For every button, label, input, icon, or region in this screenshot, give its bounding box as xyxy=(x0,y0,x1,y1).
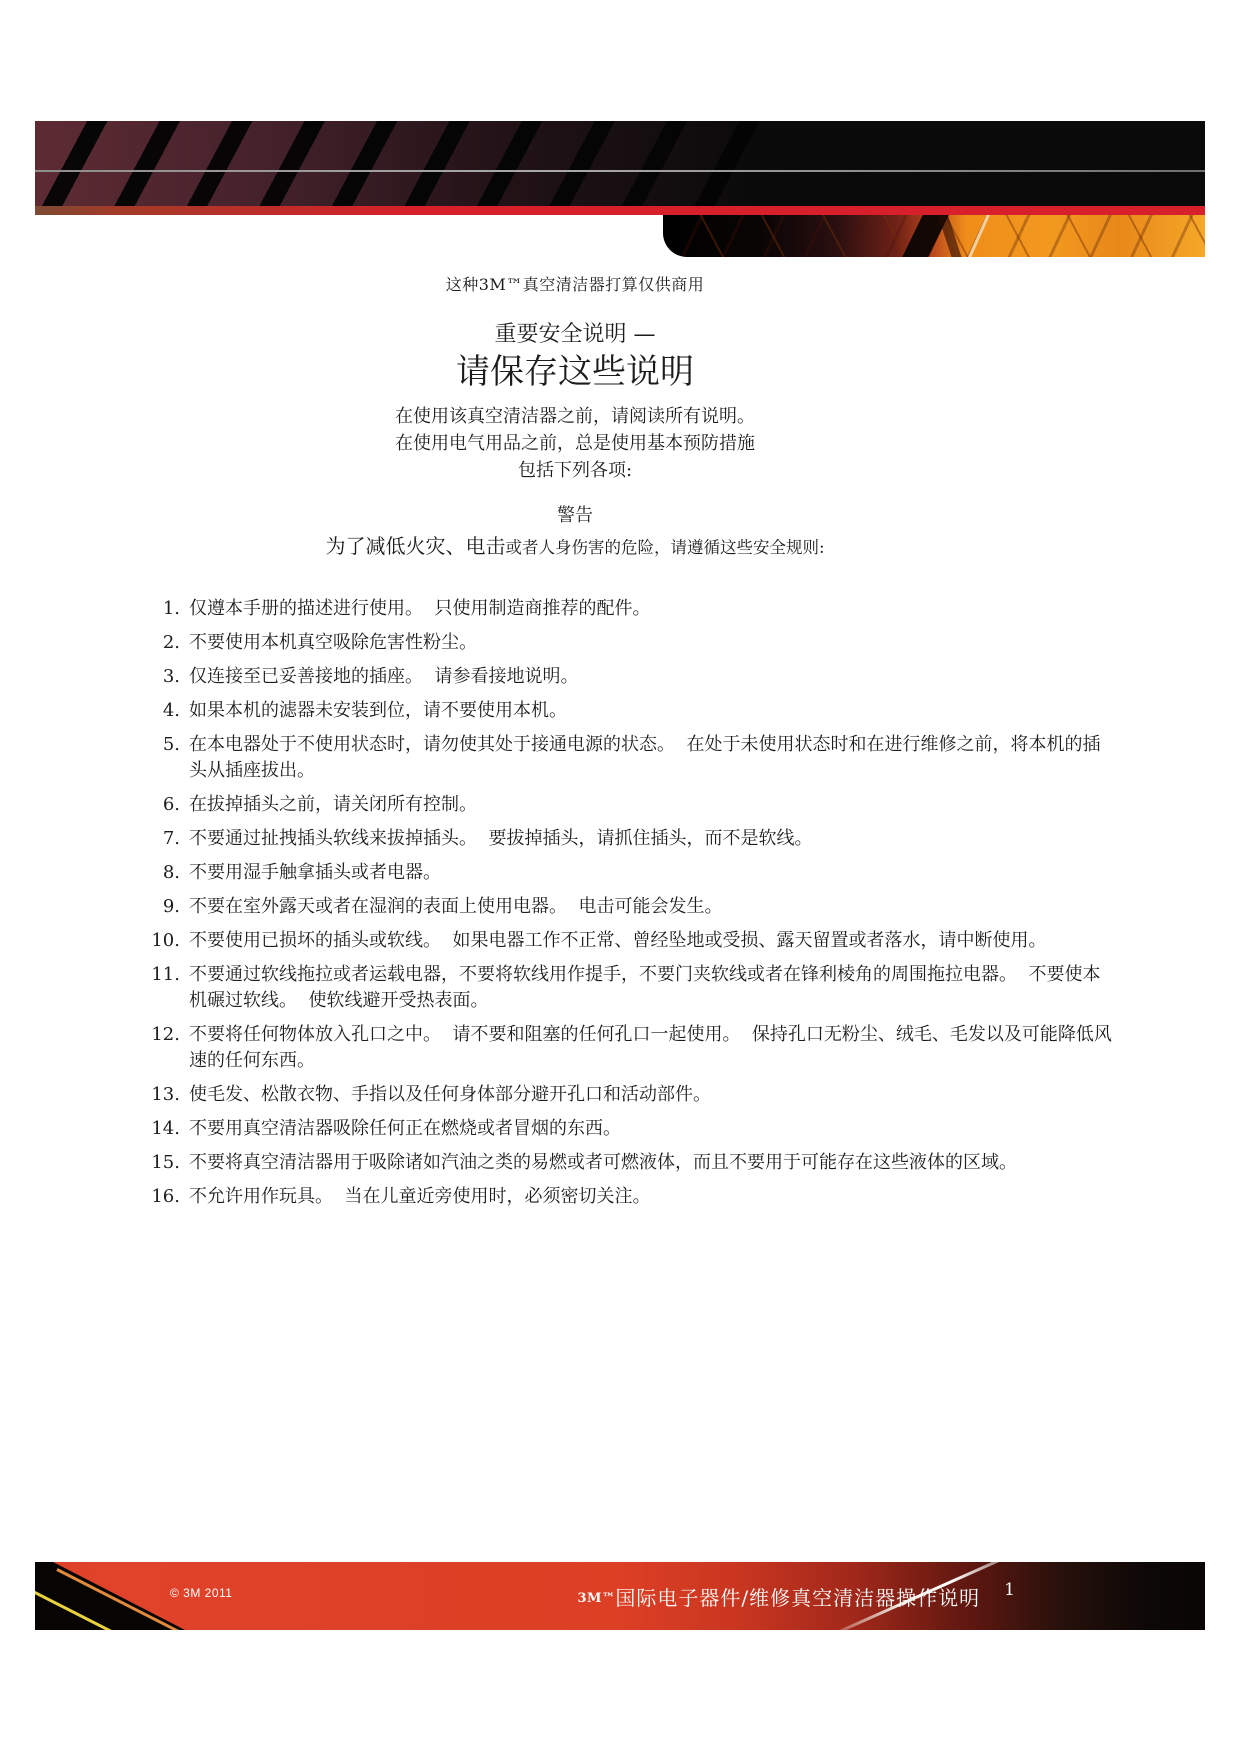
safety-item-8: 8.不要用湿手触拿插头或者电器。 xyxy=(150,860,1115,886)
item-number: 4. xyxy=(150,698,189,724)
facet-highlight-line xyxy=(965,215,992,257)
safety-item-11: 11.不要通过软线拖拉或者运载电器，不要将软线用作提手，不要门夹软线或者在锋利棱… xyxy=(150,962,1115,1014)
safety-item-3: 3.仅连接至已妥善接地的插座。 请参看接地说明。 xyxy=(150,664,1115,690)
item-text: 不要用真空清洁器吸除任何正在燃烧或者冒烟的东西。 xyxy=(189,1116,1115,1142)
warning-sentence-rest: 或者人身伤害的危险，请遵循这些安全规则: xyxy=(505,538,824,557)
copyright-notice: © 3M 2011 xyxy=(170,1586,232,1600)
item-text: 不允许用作玩具。 当在儿童近旁使用时，必须密切关注。 xyxy=(189,1184,1115,1210)
item-text: 仅连接至已妥善接地的插座。 请参看接地说明。 xyxy=(189,664,1115,690)
item-number: 7. xyxy=(150,826,189,852)
safety-item-1: 1.仅遵本手册的描述进行使用。 只使用制造商推荐的配件。 xyxy=(150,596,1115,622)
tire-tread-graphic xyxy=(35,121,760,207)
facet-dark-shape-2 xyxy=(936,215,963,257)
document-title: 国际电子器件/维修真空清洁器操作说明 xyxy=(615,1582,980,1611)
page-title: 请保存这些说明 xyxy=(0,344,1150,393)
warning-sentence: 为了减低火灾、电击或者人身伤害的危险，请遵循这些安全规则: xyxy=(0,530,1150,559)
header-orange-accent-band xyxy=(663,215,1205,257)
safety-item-14: 14.不要用真空清洁器吸除任何正在燃烧或者冒烟的东西。 xyxy=(150,1116,1115,1142)
item-text: 在本电器处于不使用状态时，请勿使其处于接通电源的状态。 在处于未使用状态时和在进… xyxy=(189,732,1115,784)
safety-item-12: 12.不要将任何物体放入孔口之中。 请不要和阻塞的任何孔口一起使用。 保持孔口无… xyxy=(150,1022,1115,1074)
header-red-stripe xyxy=(35,206,1205,215)
item-text: 不要将真空清洁器用于吸除诸如汽油之类的易燃或者可燃液体，而且不要用于可能存在这些… xyxy=(189,1150,1115,1176)
pre-use-line-1: 在使用该真空清洁器之前，请阅读所有说明。 xyxy=(0,403,1150,430)
item-text: 不要通过扯拽插头软线来拔掉插头。 要拔掉插头，请抓住插头，而不是软线。 xyxy=(189,826,1115,852)
safety-item-5: 5.在本电器处于不使用状态时，请勿使其处于接通电源的状态。 在处于未使用状态时和… xyxy=(150,732,1115,784)
header-gray-line xyxy=(35,170,1205,172)
item-text: 不要用湿手触拿插头或者电器。 xyxy=(189,860,1115,886)
safety-item-15: 15.不要将真空清洁器用于吸除诸如汽油之类的易燃或者可燃液体，而且不要用于可能存… xyxy=(150,1150,1115,1176)
page-number: 1 xyxy=(1004,1580,1015,1600)
safety-item-7: 7.不要通过扯拽插头软线来拔掉插头。 要拔掉插头，请抓住插头，而不是软线。 xyxy=(150,826,1115,852)
item-number: 8. xyxy=(150,860,189,886)
pre-use-line-2: 在使用电气用品之前，总是使用基本预防措施 xyxy=(0,430,1150,457)
item-number: 10. xyxy=(150,928,189,954)
pre-use-paragraph: 在使用该真空清洁器之前，请阅读所有说明。 在使用电气用品之前，总是使用基本预防措… xyxy=(0,403,1150,484)
safety-item-16: 16.不允许用作玩具。 当在儿童近旁使用时，必须密切关注。 xyxy=(150,1184,1115,1210)
item-text: 不要将任何物体放入孔口之中。 请不要和阻塞的任何孔口一起使用。 保持孔口无粉尘、… xyxy=(189,1022,1115,1074)
item-text: 不要在室外露天或者在湿润的表面上使用电器。 电击可能会发生。 xyxy=(189,894,1115,920)
warning-sentence-lead: 为了减低火灾、电击 xyxy=(325,534,505,558)
item-number: 16. xyxy=(150,1184,189,1210)
safety-item-13: 13.使毛发、松散衣物、手指以及任何身体部分避开孔口和活动部件。 xyxy=(150,1082,1115,1108)
warning-label: 警告 xyxy=(0,501,1150,527)
safety-item-6: 6.在拔掉插头之前，请关闭所有控制。 xyxy=(150,792,1115,818)
item-number: 5. xyxy=(150,732,189,784)
item-text: 不要通过软线拖拉或者运载电器，不要将软线用作提手，不要门夹软线或者在锋利棱角的周… xyxy=(189,962,1115,1014)
item-text: 在拔掉插头之前，请关闭所有控制。 xyxy=(189,792,1115,818)
item-text: 仅遵本手册的描述进行使用。 只使用制造商推荐的配件。 xyxy=(189,596,1115,622)
item-number: 15. xyxy=(150,1150,189,1176)
footer-banner: © 3M 2011 3M™国际电子器件/维修真空清洁器操作说明1 xyxy=(35,1562,1205,1630)
item-number: 11. xyxy=(150,962,189,1014)
item-number: 2. xyxy=(150,630,189,656)
pre-use-line-3: 包括下列各项: xyxy=(0,457,1150,484)
item-text: 如果本机的滤器未安装到位，请不要使用本机。 xyxy=(189,698,1115,724)
commercial-use-notice: 这种3M™真空清洁器打算仅供商用 xyxy=(0,272,1150,295)
item-text: 不要使用已损坏的插头或软线。 如果电器工作不正常、曾经坠地或受损、露天留置或者落… xyxy=(189,928,1115,954)
item-number: 6. xyxy=(150,792,189,818)
safety-item-9: 9.不要在室外露天或者在湿润的表面上使用电器。 电击可能会发生。 xyxy=(150,894,1115,920)
item-number: 12. xyxy=(150,1022,189,1074)
brand-mark: 3M™ xyxy=(577,1591,615,1606)
item-number: 13. xyxy=(150,1082,189,1108)
item-text: 使毛发、松散衣物、手指以及任何身体部分避开孔口和活动部件。 xyxy=(189,1082,1115,1108)
item-number: 1. xyxy=(150,596,189,622)
footer-document-title-block: 3M™国际电子器件/维修真空清洁器操作说明1 xyxy=(577,1562,1015,1630)
item-number: 14. xyxy=(150,1116,189,1142)
document-page: 这种3M™真空清洁器打算仅供商用 重要安全说明 — 请保存这些说明 在使用该真空… xyxy=(0,0,1241,1754)
header-banner xyxy=(35,121,1205,215)
safety-item-2: 2.不要使用本机真空吸除危害性粉尘。 xyxy=(150,630,1115,656)
footer-corner-graphic xyxy=(35,1562,185,1630)
item-number: 9. xyxy=(150,894,189,920)
safety-item-4: 4.如果本机的滤器未安装到位，请不要使用本机。 xyxy=(150,698,1115,724)
safety-item-10: 10.不要使用已损坏的插头或软线。 如果电器工作不正常、曾经坠地或受损、露天留置… xyxy=(150,928,1115,954)
item-number: 3. xyxy=(150,664,189,690)
item-text: 不要使用本机真空吸除危害性粉尘。 xyxy=(189,630,1115,656)
safety-instruction-list: 1.仅遵本手册的描述进行使用。 只使用制造商推荐的配件。 2.不要使用本机真空吸… xyxy=(150,596,1115,1218)
